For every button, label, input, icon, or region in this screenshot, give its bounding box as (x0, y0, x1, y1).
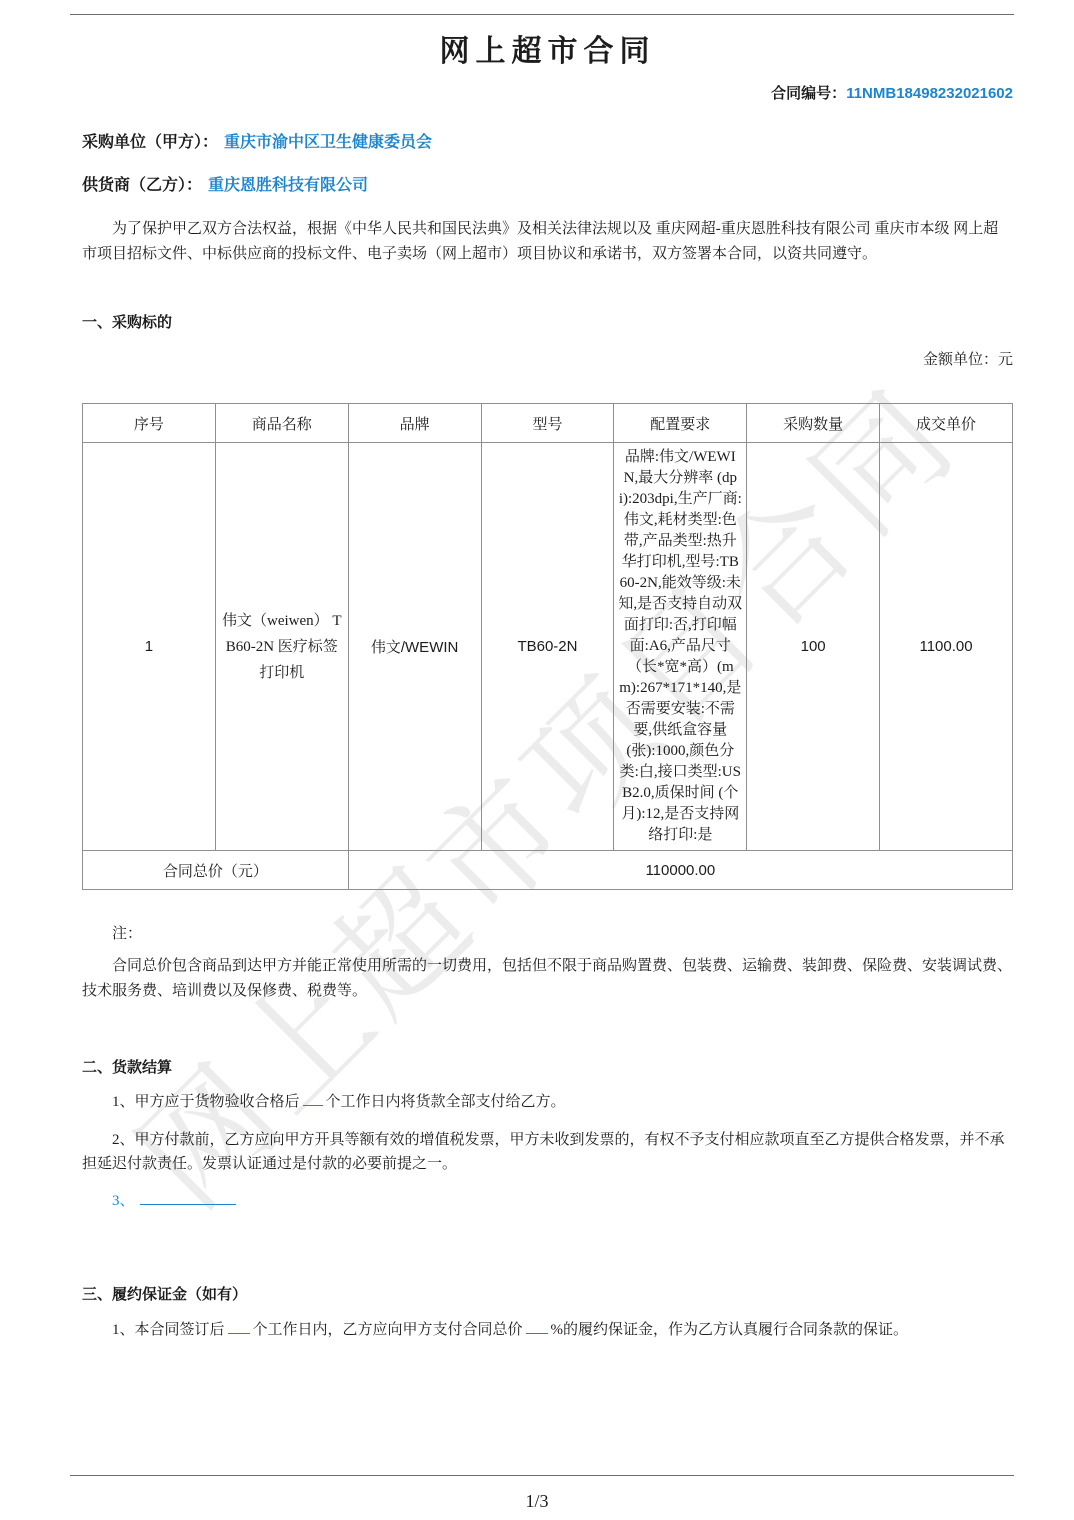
supplier-label: 供货商（乙方）： (82, 177, 202, 194)
buyer-name: 重庆市渝中区卫生健康委员会 (224, 134, 432, 151)
section1-heading: 一、采购标的 (82, 311, 1013, 332)
buyer-label: 采购单位（甲方）： (82, 134, 218, 151)
section3-item1-suffix: %的履约保证金，作为乙方认真履行合同条款的保证。 (551, 1322, 909, 1338)
fill-in-blank (303, 1090, 323, 1106)
col-header-index: 序号 (83, 404, 216, 443)
section3-heading: 三、履约保证金（如有） (82, 1283, 1013, 1304)
cell-quantity: 100 (747, 443, 880, 851)
page-number: 1/3 (0, 1491, 1074, 1512)
page-title: 网上超市合同 (82, 26, 1013, 70)
table-total-row: 合同总价（元） 110000.00 (83, 851, 1013, 890)
section3-item1-pre: 1、本合同签订后 (112, 1322, 225, 1338)
supplier-line: 供货商（乙方）：重庆恩胜科技有限公司 (82, 172, 1013, 195)
amount-unit-note: 金额单位：元 (82, 348, 1013, 369)
col-header-brand: 品牌 (348, 404, 481, 443)
section2-item3-label: 3、 (112, 1193, 135, 1209)
contract-document: 网上超市合同 合同编号：11NMB18498232021602 采购单位（甲方）… (0, 0, 1074, 1342)
col-header-model: 型号 (481, 404, 614, 443)
contract-number-line: 合同编号：11NMB18498232021602 (82, 82, 1013, 103)
section3-item1: 1、本合同签订后个工作日内，乙方应向甲方支付合同总价%的履约保证金，作为乙方认真… (82, 1318, 1013, 1342)
contract-number-label: 合同编号： (771, 86, 846, 102)
section3-item1-mid: 个工作日内，乙方应向甲方支付合同总价 (253, 1322, 523, 1338)
cell-model: TB60-2N (481, 443, 614, 851)
supplier-name: 重庆恩胜科技有限公司 (208, 177, 368, 194)
fill-in-blank (228, 1318, 250, 1334)
cell-brand: 伟文/WEWIN (348, 443, 481, 851)
section2-item3: 3、 (82, 1189, 1013, 1213)
section2-item1: 1、甲方应于货物验收合格后个工作日内将货款全部支付给乙方。 (82, 1090, 1013, 1114)
cell-config: 品牌:伟文/WEWIN,最大分辨率 (dpi):203dpi,生产厂商:伟文,耗… (614, 443, 747, 851)
header-rule (70, 14, 1014, 15)
table-row: 1 伟文（weiwen） TB60-2N 医疗标签打印机 伟文/WEWIN TB… (83, 443, 1013, 851)
cell-product-name: 伟文（weiwen） TB60-2N 医疗标签打印机 (215, 443, 348, 851)
table-header-row: 序号 商品名称 品牌 型号 配置要求 采购数量 成交单价 (83, 404, 1013, 443)
col-header-config: 配置要求 (614, 404, 747, 443)
section2-heading: 二、货款结算 (82, 1056, 1013, 1077)
total-label-cell: 合同总价（元） (83, 851, 349, 890)
note-paragraph: 合同总价包含商品到达甲方并能正常使用所需的一切费用，包括但不限于商品购置费、包装… (82, 954, 1013, 1004)
section2-item2: 2、甲方付款前，乙方应向甲方开具等额有效的增值税发票，甲方未收到发票的，有权不予… (82, 1128, 1013, 1176)
footer-rule (70, 1475, 1014, 1476)
col-header-unit-price: 成交单价 (880, 404, 1013, 443)
col-header-quantity: 采购数量 (747, 404, 880, 443)
cell-index: 1 (83, 443, 216, 851)
cell-unit-price: 1100.00 (880, 443, 1013, 851)
section2-item1-pre: 1、甲方应于货物验收合格后 (112, 1094, 300, 1110)
procurement-table: 序号 商品名称 品牌 型号 配置要求 采购数量 成交单价 1 伟文（weiwen… (82, 403, 1013, 890)
total-value-cell: 110000.00 (348, 851, 1012, 890)
fill-in-blank (140, 1189, 236, 1205)
section2-item1-post: 个工作日内将货款全部支付给乙方。 (326, 1094, 566, 1110)
col-header-product-name: 商品名称 (215, 404, 348, 443)
note-label: 注： (82, 922, 1013, 943)
contract-number-value: 11NMB18498232021602 (846, 85, 1013, 102)
fill-in-blank (526, 1318, 548, 1334)
buyer-line: 采购单位（甲方）：重庆市渝中区卫生健康委员会 (82, 129, 1013, 152)
intro-paragraph: 为了保护甲乙双方合法权益，根据《中华人民共和国民法典》及相关法律法规以及 重庆网… (82, 217, 1013, 267)
